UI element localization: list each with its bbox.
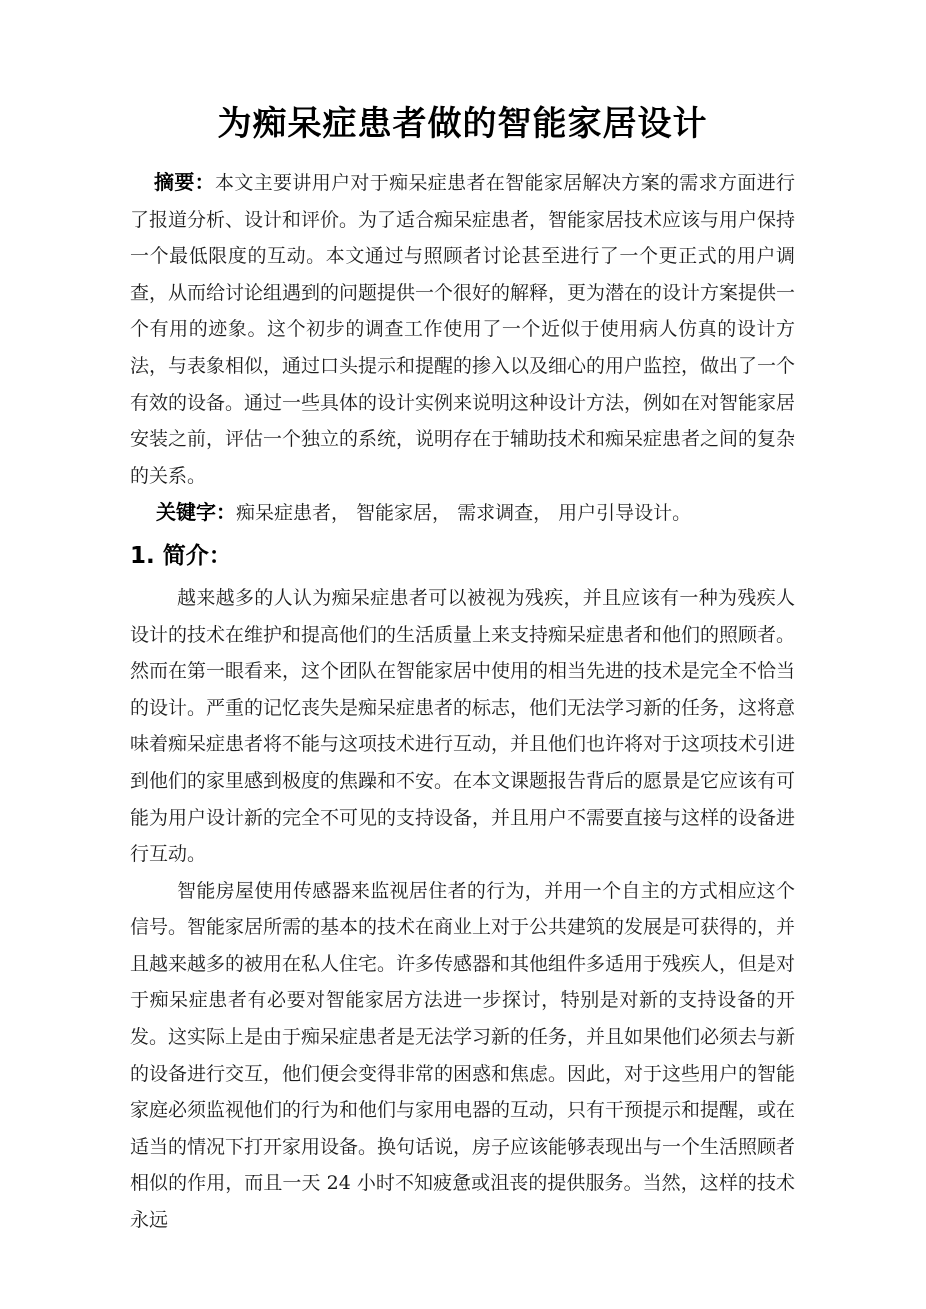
keywords-text: 痴呆症患者， 智能家居， 需求调查， 用户引导设计。: [236, 502, 691, 524]
document-title: 为痴呆症患者做的智能家居设计: [130, 100, 795, 148]
abstract-paragraph: 摘要：本文主要讲用户对于痴呆症患者在智能家居解决方案的需求方面进行了报道分析、设…: [130, 164, 795, 494]
abstract-text: 本文主要讲用户对于痴呆症患者在智能家居解决方案的需求方面进行了报道分析、设计和评…: [130, 172, 795, 487]
keywords-label: 关键字：: [156, 500, 236, 524]
intro-paragraph-1: 越来越多的人认为痴呆症患者可以被视为残疾，并且应该有一种为残疾人设计的技术在维护…: [130, 580, 795, 873]
intro-paragraph-2: 智能房屋使用传感器来监视居住者的行为，并用一个自主的方式相应这个信号。智能家居所…: [130, 873, 795, 1239]
keywords-paragraph: 关键字：痴呆症患者， 智能家居， 需求调查， 用户引导设计。: [130, 494, 795, 532]
document-page: 为痴呆症患者做的智能家居设计 摘要：本文主要讲用户对于痴呆症患者在智能家居解决方…: [0, 0, 926, 1309]
section-heading-introduction: 1. 简介：: [130, 534, 795, 578]
abstract-label: 摘要：: [154, 170, 215, 194]
